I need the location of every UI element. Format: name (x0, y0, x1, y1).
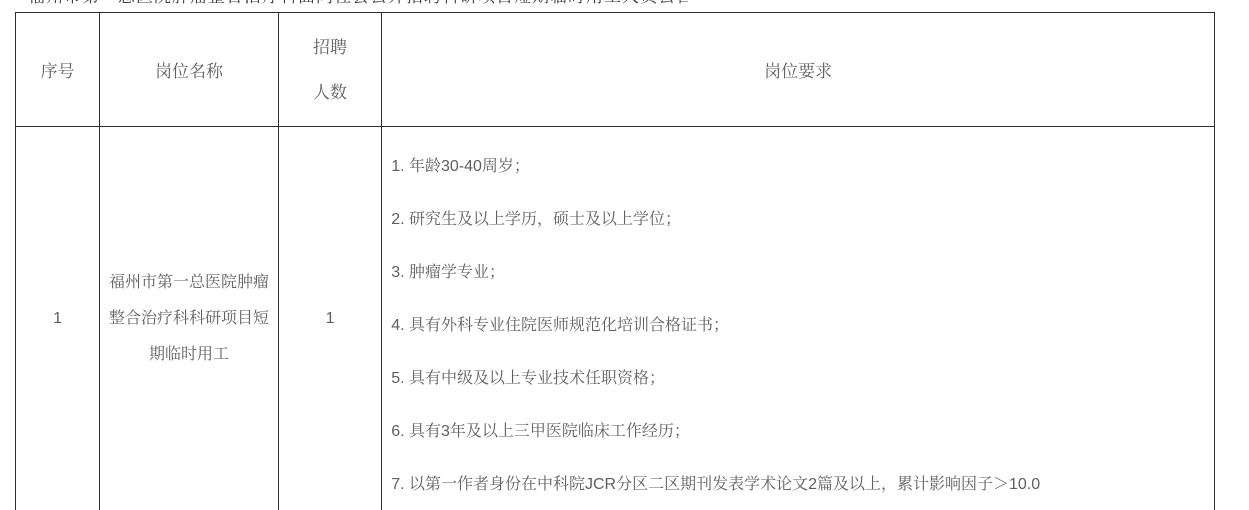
requirement-item: 5. 具有中级及以上专业技术任职资格； (391, 352, 1204, 405)
requirement-item: 3. 肿瘤学专业； (391, 246, 1204, 299)
header-headcount-line1: 招聘 (280, 25, 380, 70)
position-name: 福州市第一总医院肿瘤整合治疗科科研项目短期临时用工 (100, 127, 279, 510)
header-requirements: 岗位要求 (382, 13, 1215, 127)
clipped-text-line: 福州市第一总医院肿瘤整合治疗科面向社会公开招聘科研项目短期临时用工人员公告如下： (28, 0, 688, 8)
requirement-item: 6. 具有3年及以上三甲医院临床工作经历； (391, 405, 1204, 458)
requirement-item: 2. 研究生及以上学历，硕士及以上学位； (391, 193, 1204, 246)
table-row: 1 福州市第一总医院肿瘤整合治疗科科研项目短期临时用工 1 1. 年龄30-40… (16, 127, 1215, 510)
headcount-value: 1 (278, 127, 381, 510)
header-seq: 序号 (16, 13, 100, 127)
requirement-item: 7. 以第一作者身份在中科院JCR分区二区期刊发表学术论文2篇及以上，累计影响因… (391, 458, 1204, 510)
requirement-item: 1. 年龄30-40周岁； (391, 140, 1204, 193)
requirements-cell: 1. 年龄30-40周岁；2. 研究生及以上学历，硕士及以上学位；3. 肿瘤学专… (382, 127, 1215, 510)
job-positions-table: 序号 岗位名称 招聘 人数 岗位要求 1 福州市第一总医院肿瘤整合治疗科科研项目… (15, 12, 1215, 510)
page: 福州市第一总医院肿瘤整合治疗科面向社会公开招聘科研项目短期临时用工人员公告如下：… (0, 0, 1249, 510)
header-headcount-line2: 人数 (280, 70, 380, 115)
clipped-text: 福州市第一总医院肿瘤整合治疗科面向社会公开招聘科研项目短期临时用工人员公告如下： (28, 0, 688, 7)
header-position-name: 岗位名称 (100, 13, 279, 127)
header-row: 序号 岗位名称 招聘 人数 岗位要求 (16, 13, 1215, 127)
requirement-item: 4. 具有外科专业住院医师规范化培训合格证书； (391, 299, 1204, 352)
row-index: 1 (16, 127, 100, 510)
header-headcount: 招聘 人数 (278, 13, 381, 127)
